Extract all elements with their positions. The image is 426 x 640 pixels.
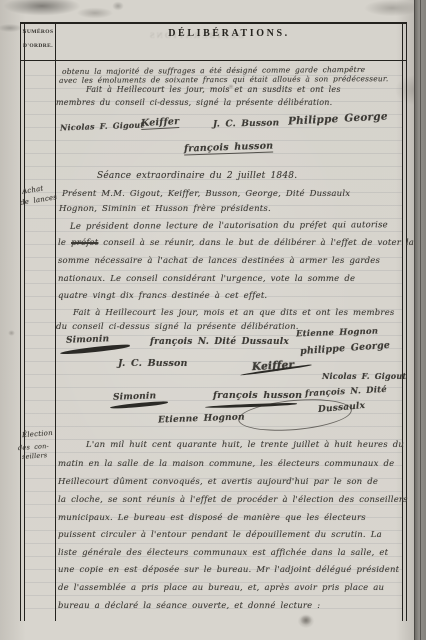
session-heading: Séance extraordinaire du 2 juillet 1848. — [97, 171, 297, 181]
frame-right-inner-line — [402, 22, 403, 621]
line-segment: conseil à se réunir, dans le but de déli… — [98, 238, 414, 248]
signature: Nicolas F. Gigout — [322, 371, 406, 381]
frame-left-inner-line — [24, 22, 25, 621]
deliberation-line-with-strikethrough: le préfet conseil à se réunir, dans le b… — [58, 238, 414, 248]
paper-stain — [228, 84, 234, 89]
frame-top-line — [20, 22, 406, 24]
deliberation-line: bureau a déclaré la séance ouverte, et d… — [58, 601, 320, 611]
scanned-register-page: NUMÉROS D'ORDRE. DÉLIBÉRATIONS DÉLIBÉRAT… — [0, 0, 426, 640]
deliberation-line: Présent M.M. Gigout, Keiffer, Busson, Ge… — [62, 189, 350, 199]
signature: J. C. Busson — [118, 358, 188, 369]
deliberation-line: L'an mil huit cent quarante huit, le tre… — [86, 440, 404, 450]
book-gutter-edge — [414, 0, 426, 640]
frame-left-outer-line — [20, 22, 21, 621]
deliberation-line: Le président donne lecture de l'autorisa… — [70, 220, 388, 232]
numeros-column-header-line1: NUMÉROS — [20, 29, 56, 35]
signature: Keiffer — [141, 116, 180, 130]
deliberation-line: nationaux. Le conseil considérant l'urge… — [58, 274, 355, 284]
paper-stain — [8, 330, 15, 336]
numeros-column-header-line2: D'ORDRE. — [20, 43, 56, 49]
deliberation-line: de l'assemblée a pris place au bureau, e… — [58, 583, 384, 593]
signature: Simonin — [66, 334, 110, 346]
struck-word: préfet — [71, 238, 98, 248]
page-title: DÉLIBÉRATIONS. — [55, 28, 403, 39]
paper-stain — [300, 615, 312, 625]
deliberation-line: une copie en est déposée sur le bureau. … — [58, 565, 399, 575]
deliberation-line: la cloche, se sont réunis à l'effet de p… — [58, 495, 408, 505]
signature: françois N. Dité Dussaulx — [150, 337, 289, 347]
deliberation-line: matin en la salle de la maison commune, … — [58, 459, 394, 469]
deliberation-line: municipaux. Le bureau est disposé de man… — [58, 513, 366, 523]
deliberation-line: Fait à Heillecourt les jour, mois et an … — [86, 85, 341, 94]
line-segment: le — [58, 238, 71, 248]
deliberation-line: avec les émoluments de soixante francs q… — [59, 74, 388, 85]
frame-header-underline — [20, 60, 406, 62]
deliberation-line: puissent circuler à l'entour pendant le … — [58, 530, 382, 540]
deliberation-line: Heillecourt dûment convoqués, et avertis… — [58, 477, 378, 487]
deliberation-line: liste générale des électeurs communaux e… — [58, 548, 388, 558]
deliberation-line: du conseil ci-dessus signé la présente d… — [56, 322, 299, 332]
signature: J. C. Busson — [213, 118, 280, 129]
deliberation-line: quatre vingt dix francs destinée à cet e… — [58, 291, 267, 301]
gutter-line — [420, 0, 421, 640]
deliberation-line: membres du conseil ci-dessus, signé la p… — [56, 98, 332, 107]
deliberation-line: somme nécessaire à l'achat de lances des… — [58, 256, 380, 266]
deliberation-line: Hognon, Siminin et Husson frère présiden… — [59, 204, 271, 214]
signature: françois husson — [213, 390, 302, 401]
frame-right-outer-line — [406, 22, 407, 621]
deliberation-line: Fait à Heillecourt les jour, mois et an … — [73, 308, 395, 318]
